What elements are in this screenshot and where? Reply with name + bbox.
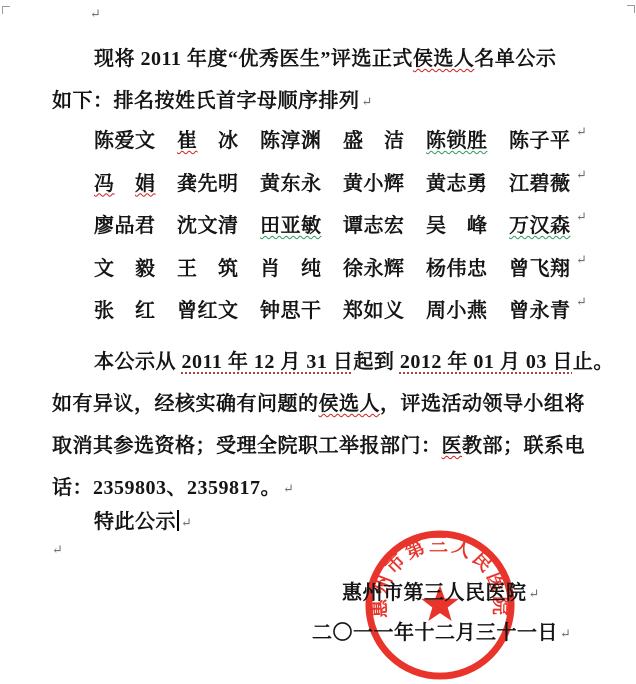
candidate-row: 张 红曾红文钟思干郑如义周小燕曾永青↵: [94, 294, 587, 337]
paragraph-mark-icon: ↵: [576, 167, 587, 183]
closing-statement: 特此公示↵: [94, 505, 192, 534]
candidate-name: 江碧薇: [509, 167, 571, 196]
text-segment: 崔: [177, 130, 198, 152]
candidate-name: 陈爱文: [94, 124, 156, 153]
signature-org-name: 惠州市第三人民医院↵: [342, 576, 539, 605]
text-segment: 医: [442, 435, 463, 457]
text-segment: 现将 2011 年度“优秀医生”评选正式: [94, 48, 413, 70]
text-boundary-mark: [627, 5, 635, 13]
notice-line-2: 如有异议，经核实确有问题的侯选人，评选活动领导小组将: [52, 387, 614, 429]
text-segment: 沈文清: [177, 215, 239, 237]
candidate-name: 王 筑: [177, 252, 239, 281]
candidate-name: 廖品君: [94, 209, 156, 238]
candidate-name: 冯 娟: [94, 167, 156, 196]
text-segment: 文 毅: [94, 258, 156, 280]
date-text: 二〇一一年十二月三十一日: [312, 622, 558, 644]
paragraph-mark-icon: ↵: [576, 294, 587, 310]
text-segment: 2011 年 12 月 31 日: [182, 351, 354, 373]
text-segment: 2012 年 01 月 03 日: [400, 351, 573, 373]
text-segment: 廖品君: [94, 215, 156, 237]
paragraph-mark-icon: ↵: [560, 626, 571, 641]
text-segment-group: 话：2359803、2359817。: [52, 477, 281, 499]
text-segment: 吴 峰: [426, 215, 488, 237]
candidate-name: 陈子平: [509, 124, 571, 153]
notice-line-1: 本公示从 2011 年 12 月 31 日起到 2012 年 01 月 03 日…: [52, 345, 614, 387]
text-segment: 谭志宏: [343, 215, 405, 237]
text-segment: 万汉森: [509, 215, 571, 237]
text-segment: 冰: [198, 130, 239, 152]
text-segment: 冯: [94, 173, 115, 195]
text-segment: 肖 纯: [260, 258, 322, 280]
candidate-name: 吴 峰: [426, 209, 488, 238]
intro-line-1: 现将 2011 年度“优秀医生”评选正式侯选人名单公示: [94, 42, 556, 71]
text-segment: 杨伟忠: [426, 258, 488, 280]
text-segment: 郑如义: [343, 300, 405, 322]
candidate-row: 冯 娟龚先明黄东永黄小辉黄志勇江碧薇↵: [94, 167, 587, 210]
text-segment: 取消其参选资格；受理全院职工举报部门：: [52, 435, 442, 457]
candidate-name: 文 毅: [94, 252, 156, 281]
intro-line-2: 如下：排名按姓氏首字母顺序排列↵: [52, 84, 372, 113]
text-segment: 王 筑: [177, 258, 239, 280]
paragraph-mark-icon: ↵: [283, 481, 294, 496]
paragraph-mark-icon: ↵: [576, 209, 587, 225]
text-segment: 陈淳渊: [260, 130, 322, 152]
text-segment: 话：2359803、2359817。: [52, 477, 281, 499]
notice-line-3: 取消其参选资格；受理全院职工举报部门：医教部；联系电: [52, 429, 614, 471]
candidate-name: 肖 纯: [260, 252, 322, 281]
candidate-name: 徐永辉: [343, 252, 405, 281]
text-segment: 名单公示: [474, 48, 556, 70]
text-segment: [115, 173, 136, 195]
org-name-text: 惠州市第三人民医院: [342, 582, 527, 604]
text-segment: 曾永青: [509, 300, 571, 322]
word-document-page[interactable]: ↵ 现将 2011 年度“优秀医生”评选正式侯选人名单公示 如下：排名按姓氏首字…: [0, 0, 636, 684]
candidate-name: 龚先明: [177, 167, 239, 196]
official-seal-stamp: 惠州市第三人民医院: [361, 526, 519, 684]
notice-paragraph: 本公示从 2011 年 12 月 31 日起到 2012 年 01 月 03 日…: [52, 345, 614, 513]
text-segment-group: 如下：排名按姓氏首字母顺序排列: [52, 90, 360, 112]
candidate-row: 廖品君沈文清田亚敏谭志宏吴 峰万汉森↵: [94, 209, 587, 252]
text-segment: 侯选人: [413, 48, 475, 70]
candidate-name: 张 红: [94, 294, 156, 323]
signature-date: 二〇一一年十二月三十一日↵: [312, 616, 571, 645]
paragraph-mark-icon: ↵: [90, 6, 101, 22]
text-segment: 黄志勇: [426, 173, 488, 195]
candidate-name: 谭志宏: [343, 209, 405, 238]
text-segment: 本公示从: [94, 351, 182, 373]
paragraph-mark-icon: ↵: [576, 124, 587, 140]
text-segment: 黄东永: [260, 173, 322, 195]
text-segment: 陈子平: [509, 130, 571, 152]
text-segment: 周小燕: [426, 300, 488, 322]
text-segment: 盛 洁: [343, 130, 405, 152]
text-segment: 曾飞翔: [509, 258, 571, 280]
paragraph-mark-icon: ↵: [181, 515, 192, 530]
text-segment: 止。: [573, 351, 614, 373]
candidate-name: 黄志勇: [426, 167, 488, 196]
candidate-name: 钟思干: [260, 294, 322, 323]
text-segment: 陈爱文: [94, 130, 156, 152]
paragraph-mark-icon: ↵: [52, 542, 63, 558]
text-segment: 如有异议，经核实确有问题的: [52, 393, 319, 415]
text-segment: 黄小辉: [343, 173, 405, 195]
candidate-name: 陈淳渊: [260, 124, 322, 153]
text-segment: 钟思干: [260, 300, 322, 322]
text-segment: 江碧薇: [509, 173, 571, 195]
text-segment: 娟: [135, 173, 156, 195]
text-cursor: [177, 510, 179, 531]
text-segment: 徐永辉: [343, 258, 405, 280]
text-segment: 如下：排名按姓氏首字母顺序排列: [52, 90, 360, 112]
candidate-name: 沈文清: [177, 209, 239, 238]
candidate-name: 周小燕: [426, 294, 488, 323]
candidate-name: 万汉森: [509, 209, 571, 238]
text-segment: ，评选活动领导小组将: [380, 393, 585, 415]
paragraph-mark-icon: ↵: [362, 94, 373, 109]
candidate-name: 黄东永: [260, 167, 322, 196]
paragraph-mark-icon: ↵: [529, 586, 540, 601]
text-segment: 龚先明: [177, 173, 239, 195]
candidate-name: 盛 洁: [343, 124, 405, 153]
candidate-name: 黄小辉: [343, 167, 405, 196]
closing-text: 特此公示: [94, 511, 176, 533]
candidate-name: 曾红文: [177, 294, 239, 323]
candidate-name: 田亚敏: [260, 209, 322, 238]
text-segment: 陈锁胜: [426, 130, 488, 152]
candidate-name: 崔 冰: [177, 124, 239, 153]
candidate-name: 郑如义: [343, 294, 405, 323]
candidate-name: 曾永青: [509, 294, 571, 323]
text-segment: 张 红: [94, 300, 156, 322]
text-segment: 起到: [353, 351, 400, 373]
candidate-name-list: 陈爱文崔 冰陈淳渊盛 洁陈锁胜陈子平↵冯 娟龚先明黄东永黄小辉黄志勇江碧薇↵廖品…: [94, 124, 587, 337]
candidate-name: 杨伟忠: [426, 252, 488, 281]
paragraph-mark-icon: ↵: [576, 252, 587, 268]
text-boundary-mark: [2, 6, 10, 14]
candidate-row: 陈爱文崔 冰陈淳渊盛 洁陈锁胜陈子平↵: [94, 124, 587, 167]
candidate-name: 曾飞翔: [509, 252, 571, 281]
candidate-name: 陈锁胜: [426, 124, 488, 153]
text-segment: 田亚敏: [260, 215, 322, 237]
text-segment: 教部；联系电: [462, 435, 585, 457]
candidate-row: 文 毅王 筑肖 纯徐永辉杨伟忠曾飞翔↵: [94, 252, 587, 295]
text-segment: 曾红文: [177, 300, 239, 322]
text-segment: 侯选人: [319, 393, 381, 415]
